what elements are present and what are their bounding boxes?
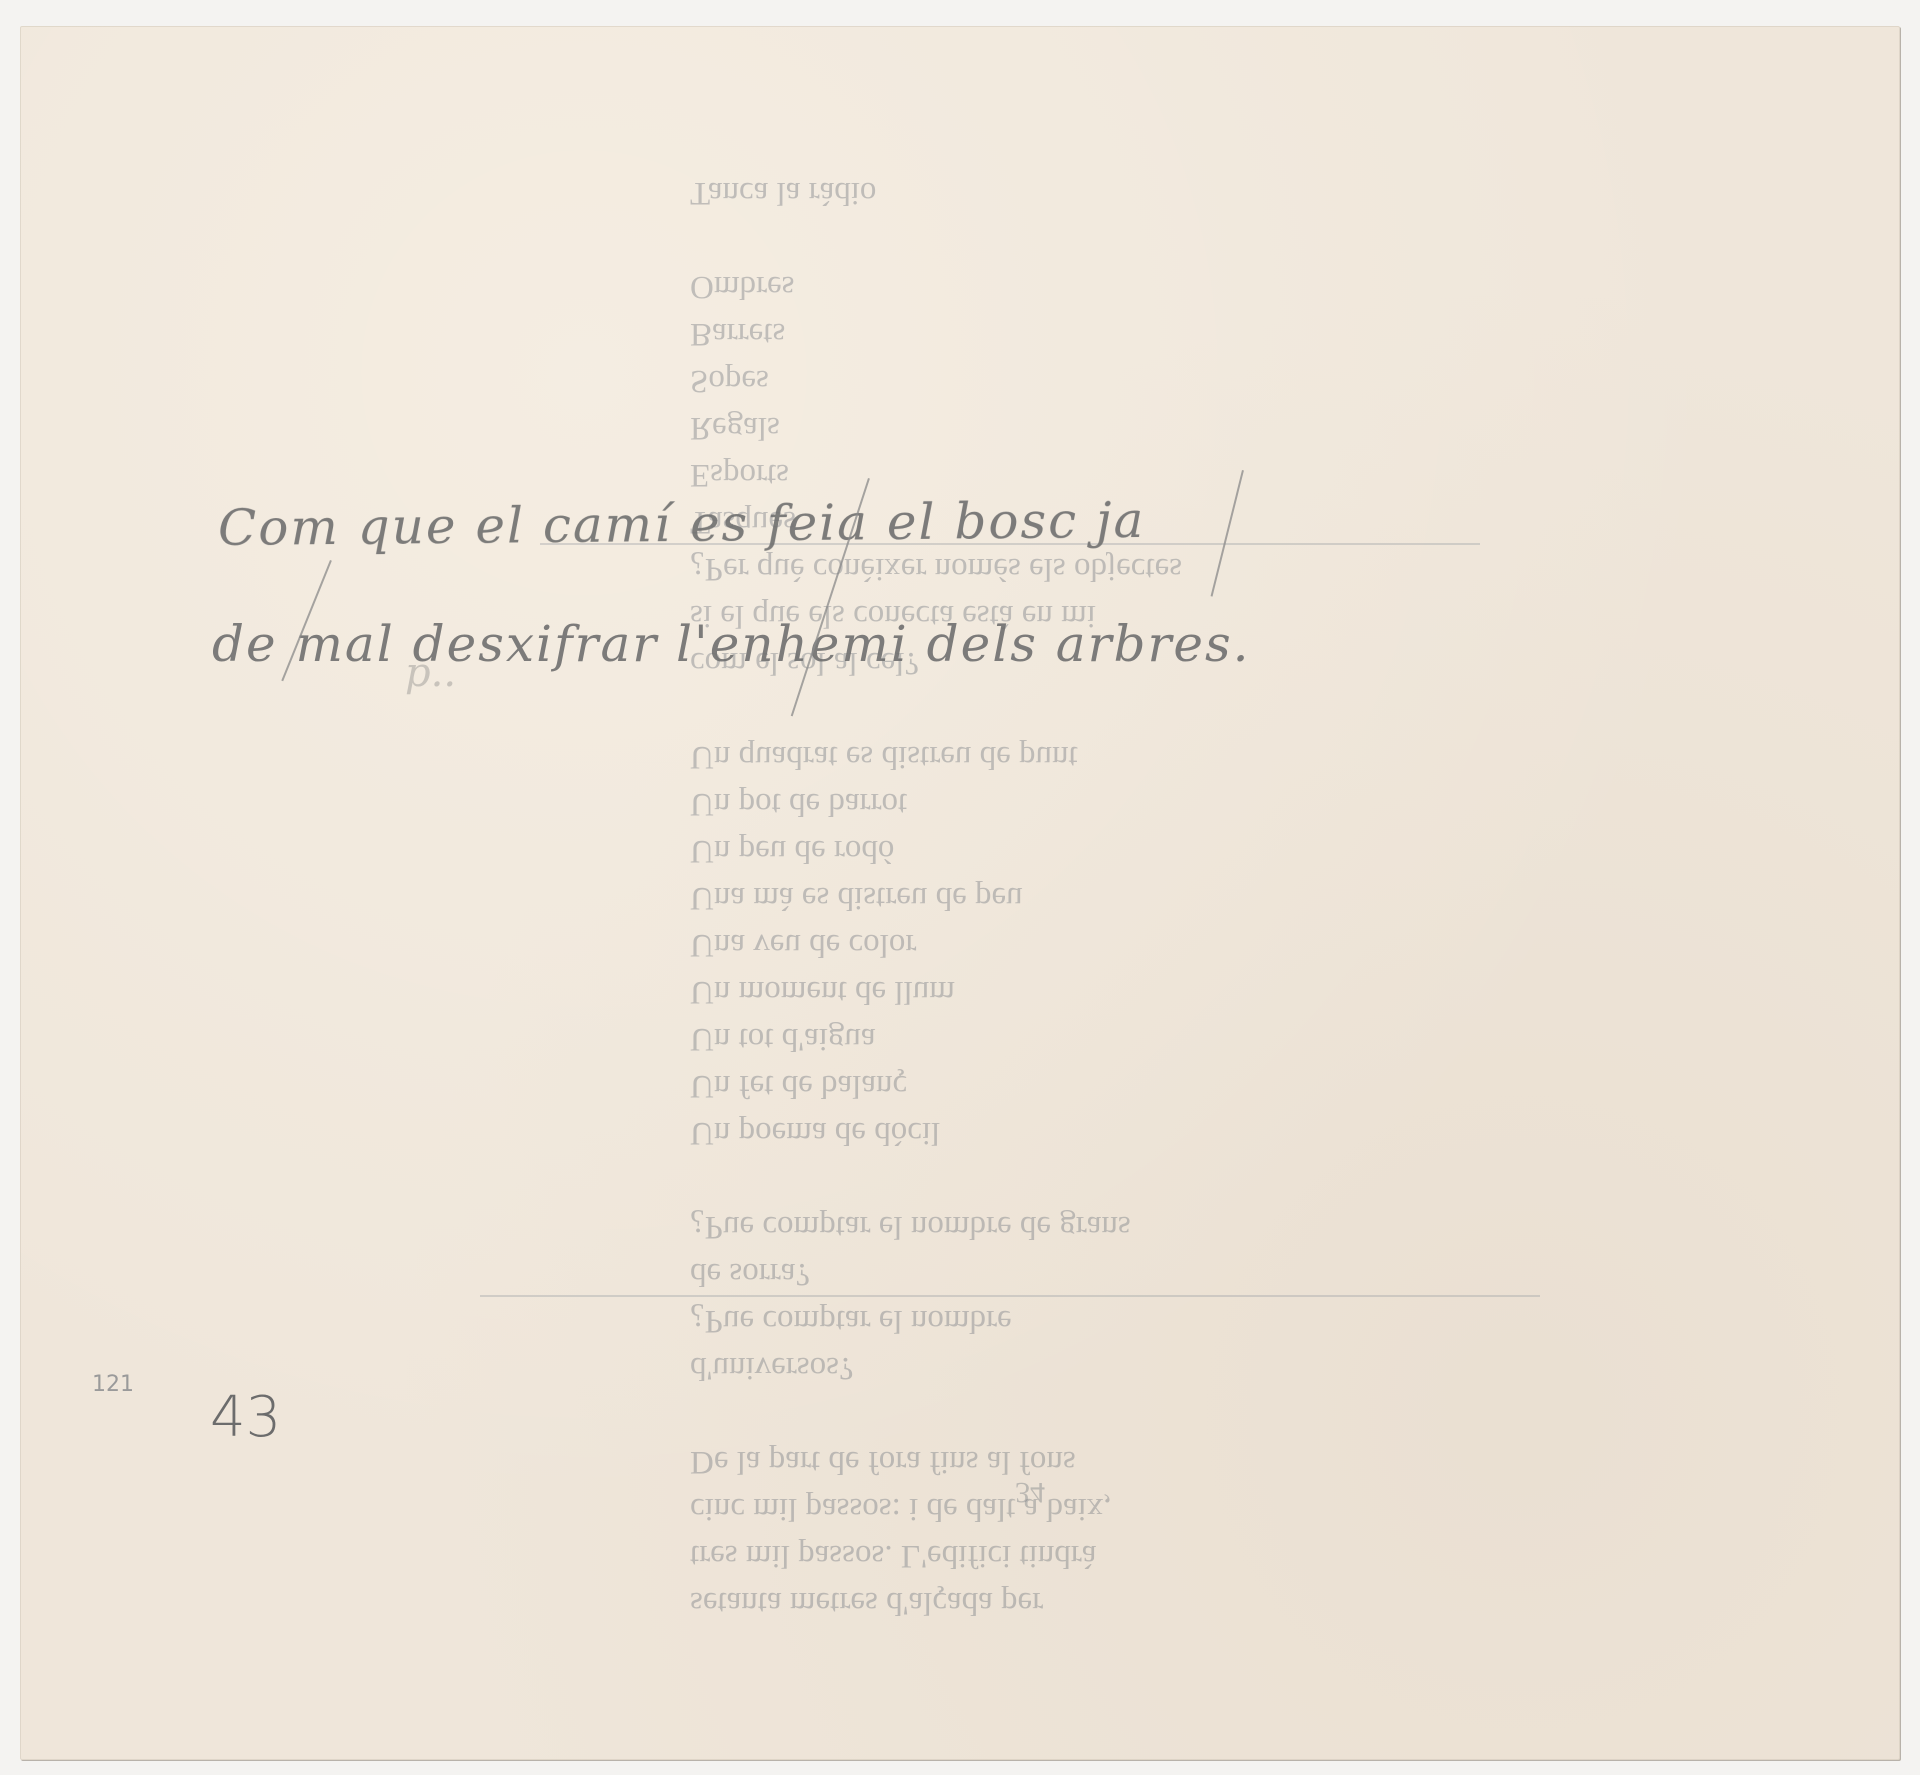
bleed-line: De la part de fora fins al fons [690, 1438, 1490, 1485]
bleed-line: ¿Pue comptar el nombre [690, 1297, 1490, 1344]
bleed-line: Un poema de dòcil [690, 1109, 1490, 1156]
bleed-page-number: 34 [1015, 1469, 1045, 1516]
bleed-line: de sorra? [690, 1250, 1490, 1297]
bleed-line: Un pot de barrot [690, 780, 1490, 827]
handwritten-line-2: de mal desxifrar l'enhemi dels arbres. [212, 615, 1251, 673]
bleed-line: cinc mil passos: i de dalt a baix, [690, 1485, 1490, 1532]
bleed-line: Un tot d'aigua [690, 1015, 1490, 1062]
bleed-line: Sopes [690, 357, 1490, 404]
bleed-line: tres mil passos. L'edifici tindrà [690, 1532, 1490, 1579]
archive-number: 121 [92, 1372, 134, 1397]
bleed-line: Regals [690, 404, 1490, 451]
bleed-line: Ombres [690, 263, 1490, 310]
page-number: 43 [210, 1385, 281, 1450]
faint-marginalia: p.. [405, 650, 456, 696]
bleed-line: Tanca la ràdio [690, 169, 1490, 216]
bleed-rule [480, 1295, 1540, 1297]
handwritten-line-1: Com que el camí es feia el bosc ja [218, 491, 1146, 557]
bleed-line: Barrets [690, 310, 1490, 357]
bleed-line: Un quadrat es distreu de punt [690, 733, 1490, 780]
bleed-line: Un peu de rodó [690, 827, 1490, 874]
bleed-line: d'universos? [690, 1344, 1490, 1391]
bleed-line: ¿Per què conèixer només els objectes [690, 545, 1490, 592]
bleed-line: Un moment de llum [690, 968, 1490, 1015]
bleed-line: setanta metres d'alçada per [690, 1579, 1490, 1626]
bleed-line: Un fet de balanç [690, 1062, 1490, 1109]
bleed-through-text: 34 setanta metres d'alçada pertres mil p… [690, 26, 1490, 1626]
bleed-line: Una veu de color [690, 921, 1490, 968]
bleed-line: ¿Pue comptar el nombre de grans [690, 1203, 1490, 1250]
bleed-line: Una mà es distreu de peu [690, 874, 1490, 921]
